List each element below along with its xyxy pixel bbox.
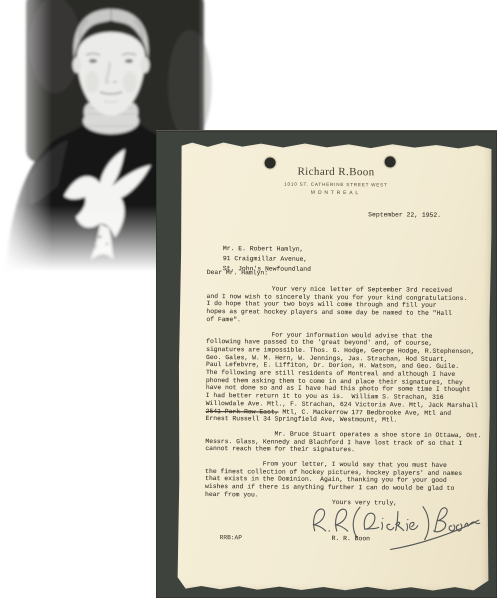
typed-signature-name: R. R. Boon — [332, 535, 370, 542]
scanned-letter-composite: Richard R.Boon 1010 ST. CATHERINE STREET… — [0, 0, 500, 600]
letter-paragraph-1: Your very nice letter of September 3rd r… — [206, 285, 488, 326]
letter-page: Richard R.Boon 1010 ST. CATHERINE STREET… — [176, 141, 493, 593]
letter-paragraph-3: Mr. Bruce Stuart operates a shoe store i… — [205, 430, 487, 455]
letterhead-street: 1010 ST. CATHERINE STREET WEST — [179, 181, 492, 188]
struck-text: 2541 Park Row East, — [206, 408, 279, 416]
signature-script — [305, 503, 483, 554]
letter-body: Your very nice letter of September 3rd r… — [205, 285, 489, 508]
salutation: Dear Mr. Hamlyn: — [207, 269, 268, 276]
typist-initials: RRB:AP — [220, 534, 242, 541]
letter-paragraph-2: For your information would advise that t… — [206, 331, 489, 426]
date-line: September 22, 1952. — [368, 211, 441, 219]
letterhead-city: MONTREAL — [179, 189, 492, 197]
eyes — [89, 59, 97, 63]
letter-paragraph-4: From your letter, I would say that you m… — [205, 460, 487, 501]
letterhead-name: Richard R.Boon — [179, 165, 492, 179]
